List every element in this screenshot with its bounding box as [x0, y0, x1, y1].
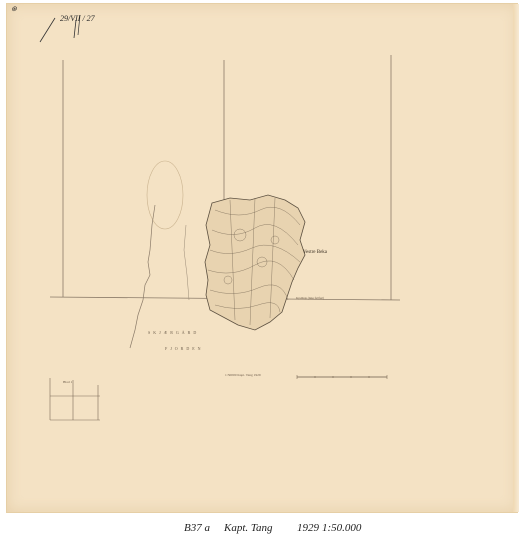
scale-bar-label: 1:50000 Kapt. Tang 1929: [225, 373, 261, 377]
water-label-1: SKJÆRGÅRD: [148, 330, 199, 335]
water-label-2: FJORDEN: [165, 346, 204, 351]
corner-mark: ⊛: [11, 5, 17, 13]
index-sheet-label: Blad 1: [63, 380, 72, 384]
handwritten-date: 29/VII / 27: [60, 14, 95, 23]
island-label: Vestre Beka: [303, 250, 327, 255]
sheet-id: B37 a: [184, 522, 210, 534]
map-year: 1929: [297, 522, 319, 534]
map-title: Kapt. Tang: [224, 522, 273, 534]
coast-label: Kystlinje (ikke fullført): [296, 296, 324, 300]
map-linework: [0, 0, 525, 541]
map-scale: 1:50.000: [322, 522, 361, 534]
